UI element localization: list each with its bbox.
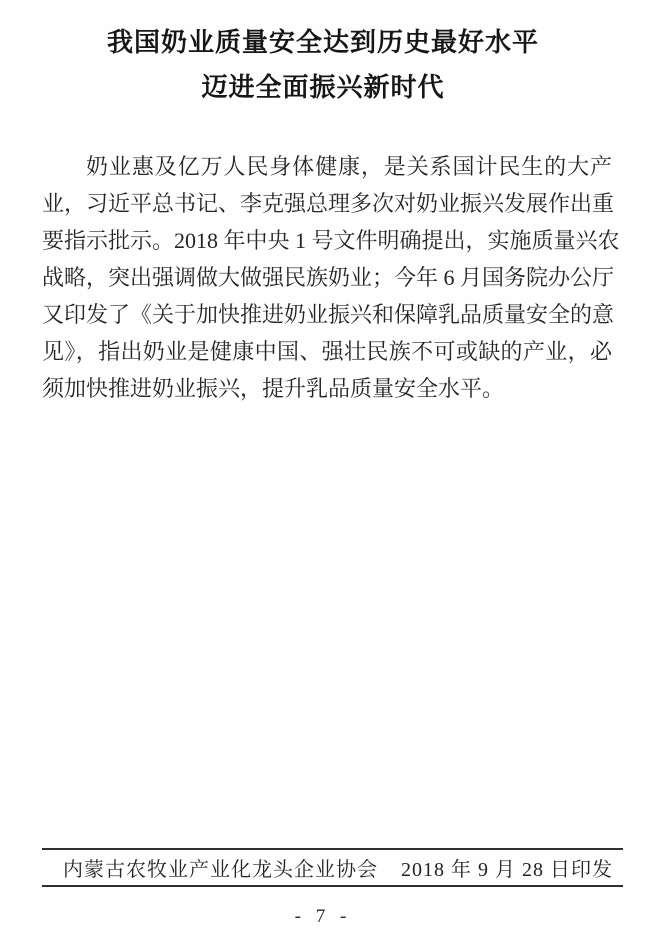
page-number: - 7 -: [0, 906, 646, 928]
paragraph-line: 须加快推进奶业振兴，提升乳品质量安全水平。: [42, 370, 612, 407]
issuer-name: 内蒙古农牧业产业化龙头企业协会: [63, 853, 378, 882]
document-title-line-1: 我国奶业质量安全达到历史最好水平: [0, 20, 646, 65]
paragraph-line: 又印发了《关于加快推进奶业振兴和保障乳品质量安全的意: [42, 296, 612, 333]
document-page: 我国奶业质量安全达到历史最好水平 迈进全面振兴新时代 奶业惠及亿万人民身体健康，…: [0, 0, 646, 943]
issuance-footer: 内蒙古农牧业产业化龙头企业协会 2018 年 9 月 28 日印发: [42, 848, 623, 887]
paragraph-line: 战略，突出强调做大做强民族奶业；今年 6 月国务院办公厅: [42, 259, 612, 296]
body-paragraph: 奶业惠及亿万人民身体健康，是关系国计民生的大产 业，习近平总书记、李克强总理多次…: [42, 148, 612, 407]
paragraph-line: 要指示批示。2018 年中央 1 号文件明确提出，实施质量兴农: [42, 222, 612, 259]
document-title: 我国奶业质量安全达到历史最好水平 迈进全面振兴新时代: [0, 20, 646, 110]
paragraph-line: 见》，指出奶业是健康中国、强壮民族不可或缺的产业，必: [42, 333, 612, 370]
print-date: 2018 年 9 月 28 日印发: [401, 853, 613, 882]
document-title-line-2: 迈进全面振兴新时代: [0, 65, 646, 110]
paragraph-line: 奶业惠及亿万人民身体健康，是关系国计民生的大产: [42, 148, 612, 185]
paragraph-line: 业，习近平总书记、李克强总理多次对奶业振兴发展作出重: [42, 185, 612, 222]
